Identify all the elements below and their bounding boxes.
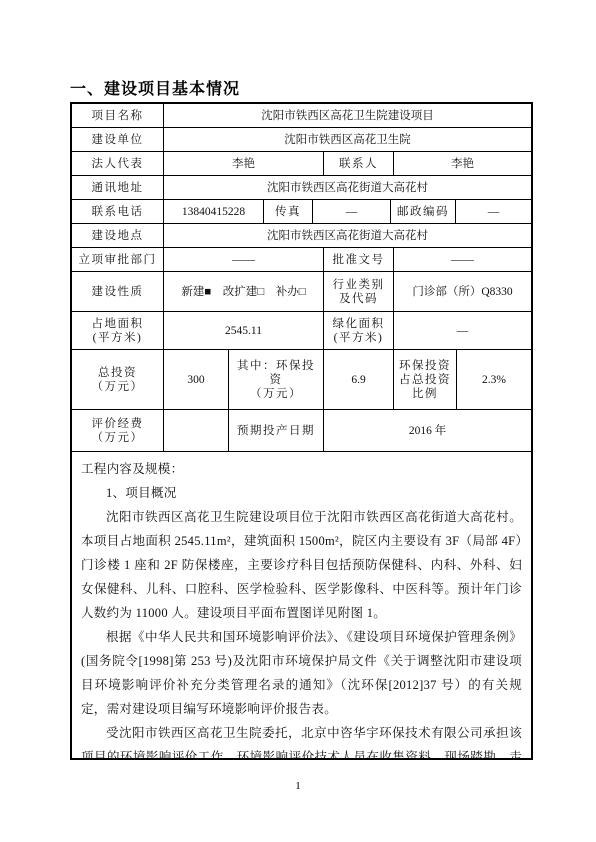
content-subheading: 1、项目概况 (81, 481, 522, 505)
location-value: 沈阳市铁西区高花街道大高花村 (164, 224, 531, 247)
env-investment-label: 其中：环保投资 （万元） (229, 350, 324, 409)
approval-no-value: —— (394, 248, 531, 271)
approval-no-label: 批准文号 (324, 248, 394, 271)
total-investment-label: 总投资 （万元） (72, 350, 164, 409)
approval-dept-value: —— (164, 248, 324, 271)
document-page: 一、建设项目基本情况 项目名称 沈阳市铁西区高花卫生院建设项目 建设单位 沈阳市… (0, 0, 596, 842)
green-area-value: — (394, 312, 531, 349)
page-number: 1 (0, 780, 596, 792)
green-area-label: 绿化面积 (平方米) (324, 312, 394, 349)
row-legal-rep: 法人代表 李艳 联系人 李艳 (72, 152, 531, 176)
row-location: 建设地点 沈阳市铁西区高花街道大高花村 (72, 224, 531, 248)
total-investment-value: 300 (164, 350, 229, 409)
env-ratio-value: 2.3% (457, 350, 531, 409)
address-value: 沈阳市铁西区高花街道大高花村 (164, 176, 531, 199)
row-construction-unit: 建设单位 沈阳市铁西区高花卫生院 (72, 128, 531, 152)
approval-dept-label: 立项审批部门 (72, 248, 164, 271)
address-label: 通讯地址 (72, 176, 164, 199)
row-eval-cost: 评价经费 （万元） 预期投产日期 2016 年 (72, 410, 531, 452)
project-content-cell: 工程内容及规模： 1、项目概况 沈阳市铁西区高花卫生院建设项目位于沈阳市铁西区高… (72, 452, 531, 758)
project-info-table: 项目名称 沈阳市铁西区高花卫生院建设项目 建设单位 沈阳市铁西区高花卫生院 法人… (70, 102, 533, 760)
section-title: 一、建设项目基本情况 (70, 76, 240, 99)
phone-value: 13840415228 (164, 200, 264, 223)
eval-cost-label: 评价经费 （万元） (72, 410, 164, 451)
construction-unit-value: 沈阳市铁西区高花卫生院 (164, 128, 531, 151)
contact-person-value: 李艳 (394, 152, 531, 175)
row-phone: 联系电话 13840415228 传真 — 邮政编码 — (72, 200, 531, 224)
land-area-value: 2545.11 (164, 312, 324, 349)
row-address: 通讯地址 沈阳市铁西区高花街道大高花村 (72, 176, 531, 200)
production-date-value: 2016 年 (324, 410, 531, 451)
fax-value: — (313, 200, 391, 223)
row-nature: 建设性质 新建■ 改扩建□ 补办□ 行业类别 及代码 门诊部（所）Q8330 (72, 272, 531, 312)
nature-checkboxes: 新建■ 改扩建□ 补办□ (164, 272, 324, 311)
postcode-label: 邮政编码 (391, 200, 456, 223)
env-ratio-label: 环保投资 占总投资 比例 (394, 350, 457, 409)
row-project-content: 工程内容及规模： 1、项目概况 沈阳市铁西区高花卫生院建设项目位于沈阳市铁西区高… (72, 452, 531, 758)
phone-label: 联系电话 (72, 200, 164, 223)
nature-label: 建设性质 (72, 272, 164, 311)
project-name-value: 沈阳市铁西区高花卫生院建设项目 (164, 104, 531, 127)
row-project-name: 项目名称 沈阳市铁西区高花卫生院建设项目 (72, 104, 531, 128)
contact-person-label: 联系人 (324, 152, 394, 175)
industry-label: 行业类别 及代码 (324, 272, 394, 311)
legal-rep-label: 法人代表 (72, 152, 164, 175)
content-paragraph-3: 受沈阳市铁西区高花卫生院委托，北京中咨华宇环保技术有限公司承担该项目的环境影响评… (81, 721, 522, 758)
row-approval: 立项审批部门 —— 批准文号 —— (72, 248, 531, 272)
production-date-label: 预期投产日期 (229, 410, 324, 451)
content-heading: 工程内容及规模： (81, 457, 522, 481)
legal-rep-value: 李艳 (164, 152, 324, 175)
land-area-label: 占地面积 (平方米) (72, 312, 164, 349)
env-investment-value: 6.9 (324, 350, 394, 409)
construction-unit-label: 建设单位 (72, 128, 164, 151)
postcode-value: — (456, 200, 531, 223)
row-land-area: 占地面积 (平方米) 2545.11 绿化面积 (平方米) — (72, 312, 531, 350)
project-name-label: 项目名称 (72, 104, 164, 127)
content-paragraph-1: 沈阳市铁西区高花卫生院建设项目位于沈阳市铁西区高花街道大高花村。本项目占地面积 … (81, 505, 522, 625)
industry-value: 门诊部（所）Q8330 (394, 272, 531, 311)
fax-label: 传真 (264, 200, 313, 223)
eval-cost-value (164, 410, 229, 451)
row-investment: 总投资 （万元） 300 其中：环保投资 （万元） 6.9 环保投资 占总投资 … (72, 350, 531, 410)
location-label: 建设地点 (72, 224, 164, 247)
content-paragraph-2: 根据《中华人民共和国环境影响评价法》、《建设项目环境保护管理条例》(国务院令[1… (81, 625, 522, 721)
